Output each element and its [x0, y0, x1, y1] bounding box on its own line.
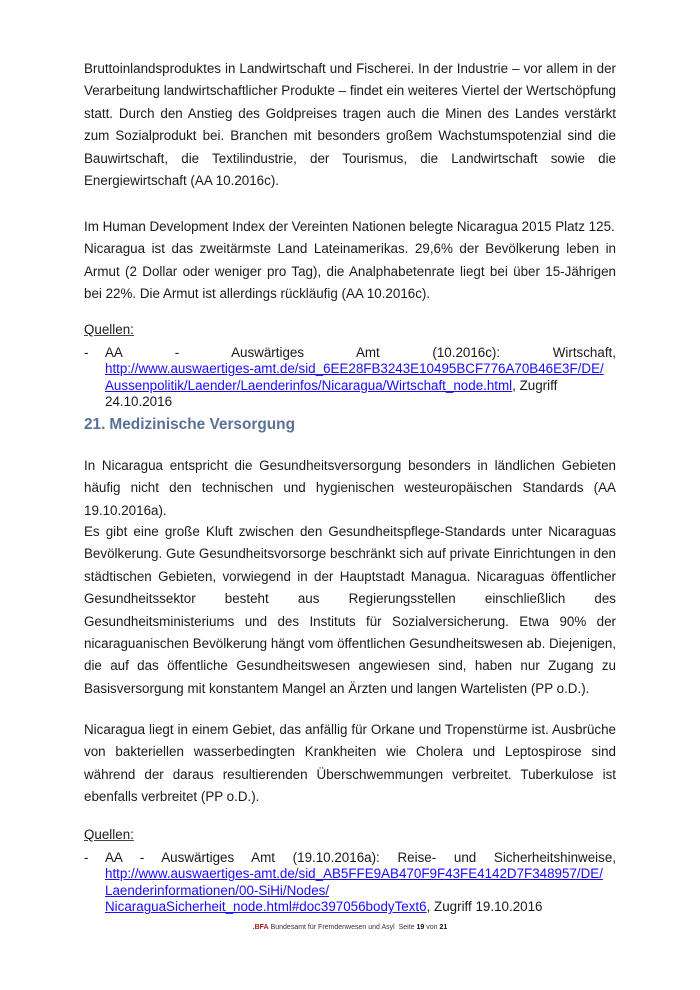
paragraph-health-gap: Es gibt eine große Kluft zwischen den Ge…: [84, 521, 616, 700]
footer-page-of: von: [426, 924, 437, 931]
source-item: - AA - Auswärtiges Amt (19.10.2016a): Re…: [84, 850, 616, 916]
paragraph-hdi-line: Im Human Development Index der Vereinten…: [84, 216, 616, 238]
sources-label: Quellen:: [84, 322, 134, 337]
section-heading: 21.Medizinische Versorgung: [84, 416, 295, 434]
list-dash: -: [84, 345, 88, 361]
footer-page-current: 19: [417, 924, 425, 931]
paragraph-disasters: Nicaragua liegt in einem Gebiet, das anf…: [84, 719, 616, 809]
bfa-logo: .BFA: [253, 924, 269, 931]
list-dash: -: [84, 850, 88, 866]
paragraph-health-standards: In Nicaragua entspricht die Gesundheitsv…: [84, 455, 616, 522]
footer-page-label: Seite: [399, 924, 415, 931]
section-number: 21.: [84, 416, 105, 433]
footer-org: Bundesamt für Fremdenwesen und Asyl: [271, 924, 395, 931]
source-item: - AA - Auswärtiges Amt (10.2016c): Wirts…: [84, 345, 616, 411]
access-date: , Zugriff 19.10.2016: [427, 899, 543, 914]
page-footer: .BFA Bundesamt für Fremdenwesen und Asyl…: [0, 924, 700, 931]
source-citation: AA - Auswärtiges Amt (10.2016c): Wirtsch…: [105, 345, 616, 361]
paragraph-poverty: Nicaragua ist das zweitärmste Land Latei…: [84, 238, 616, 305]
source-citation: AA - Auswärtiges Amt (19.10.2016a): Reis…: [105, 850, 616, 866]
paragraph-economy: Bruttoinlandsproduktes in Landwirtschaft…: [84, 58, 616, 192]
section-title: Medizinische Versorgung: [109, 416, 295, 433]
footer-page-total: 21: [440, 924, 448, 931]
sources-label: Quellen:: [84, 827, 134, 842]
